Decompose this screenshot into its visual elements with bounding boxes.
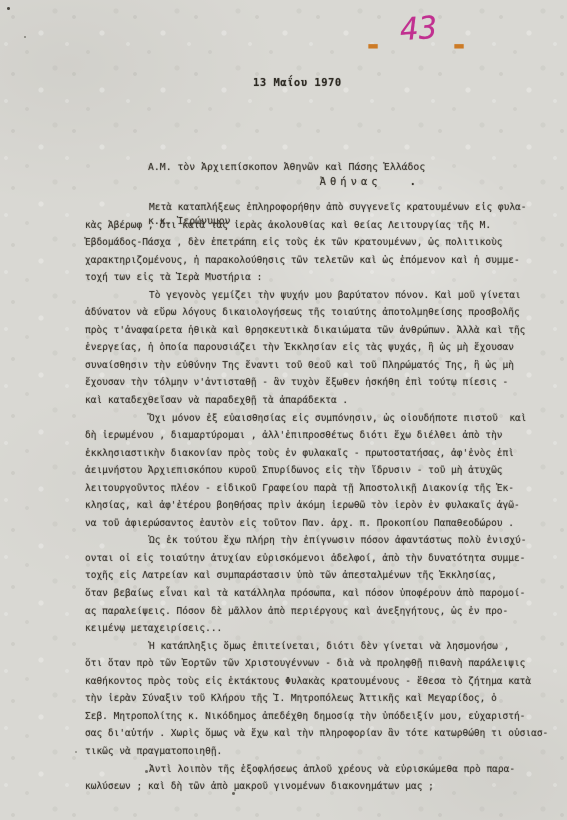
paper-speck: [24, 36, 26, 38]
text-line: ονται οἱ εἰς τοιαύτην ἀτυχίαν εὑρισκόμεν…: [85, 550, 547, 568]
city-name: Ἀθήνας: [320, 176, 382, 188]
text-line: τοχή των εἰς τὰ Ἱερὰ Μυστήρια :: [85, 269, 547, 287]
handwritten-dash-right: -: [450, 28, 468, 63]
paragraph: Μετὰ καταπλήξεως ἐπληροφορήθην ἀπὸ συγγε…: [85, 199, 547, 287]
paragraph: Ἀντὶ λοιπὸν τῆς ἐξοφλήσεως ἁπλοῦ χρέους …: [85, 761, 547, 796]
text-line: Ὄχι μόνον ἐξ εὐαισθησίας εἰς συμπόνησιν,…: [85, 410, 547, 428]
text-line: κὰς Ἀβέρωφ , ὅτι κατὰ τὰς ἱερὰς ἀκολουθί…: [85, 217, 547, 235]
text-line: χαρακτηριζομένους, ἡ παρακολούθησις τῶν …: [85, 252, 547, 270]
text-line: κλησίας, καὶ ἀφ'ἑτέρου βοηθήσας πρὶν ἀκό…: [85, 497, 547, 515]
paragraph: Ὄχι μόνον ἐξ εὐαισθησίας εἰς συμπόνησιν,…: [85, 410, 547, 533]
text-line: τὴν ἱερὰν Σύναξιν τοῦ Κλήρου τῆς Ἱ. Μητρ…: [85, 690, 547, 708]
text-line: κωλύσεων ; καὶ δὴ τῶν ἀπὸ μακροῦ γινομέν…: [85, 778, 547, 796]
text-line: Ἀντὶ λοιπὸν τῆς ἐξοφλήσεως ἁπλοῦ χρέους …: [85, 761, 547, 779]
text-line: τικῶς νὰ πραγματοποιηθῇ.: [85, 743, 547, 761]
text-line: Ἡ κατάπληξις ὅμως ἐπιτείνεται, διότι δὲν…: [85, 638, 547, 656]
paper-speck: [7, 7, 10, 10]
handwritten-dash-left: -: [364, 28, 382, 63]
handwritten-page-number: - 43 -: [358, 12, 478, 56]
city-line: Ἀθήνας.: [299, 164, 416, 188]
text-line: τοχῆς εἰς Λατρείαν καὶ συμπαράστασιν ὑπὸ…: [85, 567, 547, 585]
text-line: καθήκοντος πρὸς τοὺς εἰς ἑκτάκτους Φυλακ…: [85, 673, 547, 691]
text-line: λειτουργοῦντος πλέον - εἰδικοῦ Γραφείου …: [85, 480, 547, 498]
city-period: .: [410, 176, 416, 188]
paragraph: Ὡς ἐκ τούτου ἔχω πλήρη τὴν ἐπίγνωσιν πόσ…: [85, 532, 547, 637]
paragraph: Τὸ γεγονὸς γεμίζει τὴν ψυχήν μου βαρύτατ…: [85, 287, 547, 410]
text-line: Σεβ. Μητροπολίτης κ. Νικόδημος ἀπεδέχθη …: [85, 708, 547, 726]
text-line: κειμένῳ μεταχειρίσεις...: [85, 620, 547, 638]
text-line: Μετὰ καταπλήξεως ἐπληροφορήθην ἀπὸ συγγε…: [85, 199, 547, 217]
text-line: ἀειμνήστου Ἀρχιεπισκόπου κυροῦ Σπυρίδωνο…: [85, 462, 547, 480]
date-line: 13 Μαΐου 1970: [253, 77, 342, 89]
text-line: ἔχουσαν τὴν τόλμην ν'ἀντισταθῇ - ἂν τυχὸ…: [85, 374, 547, 392]
text-line: πρὸς τ'ἀναφαίρετα ἠθικὰ καὶ θρησκευτικὰ …: [85, 322, 547, 340]
text-line: καὶ καταδεχθεῖσαν νὰ παραδεχθῇ τὰ ἀπαράδ…: [85, 392, 547, 410]
letter-body: Μετὰ καταπλήξεως ἐπληροφορήθην ἀπὸ συγγε…: [85, 199, 547, 796]
text-line: σας δι'αὐτήν . Χωρὶς ὅμως νὰ ἔχω καὶ τὴν…: [85, 725, 547, 743]
text-line: Τὸ γεγονὸς γεμίζει τὴν ψυχήν μου βαρύτατ…: [85, 287, 547, 305]
text-line: Ὡς ἐκ τούτου ἔχω πλήρη τὴν ἐπίγνωσιν πόσ…: [85, 532, 547, 550]
paper-speck: [75, 751, 77, 753]
text-line: ἀδύνατον νὰ εὕρω λόγους δικαιολογήσεως τ…: [85, 304, 547, 322]
text-line: ἐνεργείας, ἡ ὁποία παρουσιάζει τὴν Ἐκκλη…: [85, 339, 547, 357]
text-line: ὅτι ὅταν πρὸ τῶν Ἑορτῶν τῶν Χριστουγέννω…: [85, 655, 547, 673]
text-line: ἐκκλησιαστικὴν διακονίαν πρὸς τοὺς ἐν φυ…: [85, 445, 547, 463]
text-line: Ἑβδομάδος-Πάσχα , δὲν ἐπετράπη εἰς τοὺς …: [85, 234, 547, 252]
text-line: ας παραλείψεις. Πόσον δὲ μᾶλλον ἀπὸ περι…: [85, 603, 547, 621]
paragraph: Ἡ κατάπληξις ὅμως ἐπιτείνεται, διότι δὲν…: [85, 638, 547, 761]
handwritten-number: 43: [399, 11, 439, 48]
text-line: συναίσθησιν τὴν εὐθύνην Της ἔναντι τοῦ Θ…: [85, 357, 547, 375]
text-line: δὴ ἱερωμένου , διαμαρτύρομαι , ἀλλ'ἐπιπρ…: [85, 427, 547, 445]
text-line: ὅταν βεβαίως εἶναι καὶ τὰ κατάλληλα πρόσ…: [85, 585, 547, 603]
text-line: να τοῦ ἀφιερώσαντος ἑαυτὸν εἰς τοῦτον Πα…: [85, 515, 547, 533]
